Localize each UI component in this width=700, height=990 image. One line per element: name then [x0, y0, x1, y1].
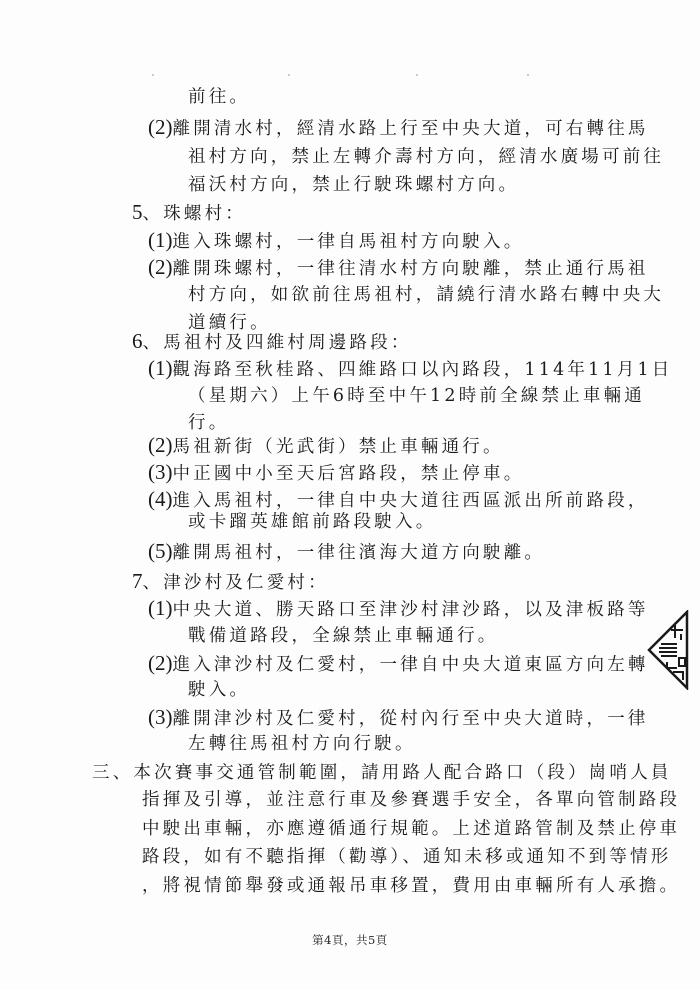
scan-speck [288, 74, 290, 76]
line-text: 離開清水村，經清水路上行至中央大道，可右轉往馬 [173, 119, 649, 139]
line-text: 戰備道路段，全線禁止車輛通行。 [188, 626, 499, 646]
sub-item-marker: (2) [148, 115, 173, 139]
section-number: 三 [92, 763, 113, 783]
document-line: 三、本次賽事交通管制範圍，請用路人配合路口（段）崗哨人員 [92, 762, 672, 784]
line-text: （星期六）上午6時至中午12時前全線禁止車輛通 [188, 386, 645, 406]
sub-item-marker: (1) [148, 228, 173, 252]
sub-item-marker: (2) [148, 255, 173, 279]
item-number: 7 [132, 569, 143, 593]
line-text: 離開津沙村及仁愛村，從村內行至中央大道時，一律 [173, 709, 649, 729]
item-number: 6 [132, 329, 143, 353]
document-line: 祖村方向，禁止左轉介壽村方向，經清水廣場可前往 [188, 146, 664, 168]
line-text: 福沃村方向，禁止行駛珠螺村方向。 [188, 175, 519, 195]
line-text: 前往。 [188, 87, 250, 107]
line-text: 左轉往馬祖村方向行駛。 [188, 734, 416, 754]
line-text: 行。 [188, 413, 229, 433]
document-line: 指揮及引導，並注意行車及參賽選手安全，各單向管制路段 [142, 789, 680, 811]
document-line: ，將視情節舉發或通報吊車移置，費用由車輛所有人承擔。 [142, 875, 680, 897]
line-text: 駛入。 [188, 680, 250, 700]
document-line: 或卡蹓英雄館前路段駛入。 [188, 511, 436, 533]
line-text: 離開珠螺村，一律往清水村方向駛離，禁止通行馬祖 [173, 259, 649, 279]
document-line: (2)離開珠螺村，一律往清水村方向駛離，禁止通行馬祖 [148, 256, 649, 280]
line-text: 中正國中小至天后宮路段，禁止停車。 [173, 464, 525, 484]
sub-item-marker: (5) [148, 539, 173, 563]
document-line: (2)進入津沙村及仁愛村，一律自中央大道東區方向左轉 [148, 652, 649, 676]
document-line: （星期六）上午6時至中午12時前全線禁止車輛通 [188, 385, 645, 407]
document-line: 7、津沙村及仁愛村： [132, 570, 329, 594]
sub-item-marker: (1) [148, 596, 173, 620]
document-line: 戰備道路段，全線禁止車輛通行。 [188, 625, 499, 647]
document-line: (4)進入馬祖村，一律自中央大道往西區派出所前路段， [148, 488, 649, 512]
line-text: 、馬祖村及四維村周邊路段： [143, 333, 412, 353]
line-text: 指揮及引導，並注意行車及參賽選手安全，各單向管制路段 [142, 790, 680, 810]
official-seal-stamp-icon [647, 610, 700, 690]
scan-speck [416, 74, 418, 76]
document-page: 前往。(2)離開清水村，經清水路上行至中央大道，可右轉往馬祖村方向，禁止左轉介壽… [0, 0, 700, 990]
document-line: 村方向，如欲前往馬祖村，請繞行清水路右轉中央大 [188, 284, 664, 306]
document-line: (2)離開清水村，經清水路上行至中央大道，可右轉往馬 [148, 116, 649, 140]
page-number-footer: 第4頁，共5頁 [0, 932, 700, 948]
document-line: (1)觀海路至秋桂路、四維路口以內路段，114年11月1日 [148, 357, 673, 381]
document-line: 中駛出車輛，亦應遵循通行規範。上述道路管制及禁止停車 [142, 818, 680, 840]
document-line: (3)離開津沙村及仁愛村，從村內行至中央大道時，一律 [148, 706, 649, 730]
document-line: 福沃村方向，禁止行駛珠螺村方向。 [188, 174, 519, 196]
scan-speck [527, 74, 529, 76]
document-line: 行。 [188, 412, 229, 434]
line-text: 中駛出車輛，亦應遵循通行規範。上述道路管制及禁止停車 [142, 819, 680, 839]
line-text: 進入馬祖村，一律自中央大道往西區派出所前路段， [173, 491, 649, 511]
line-text: 村方向，如欲前往馬祖村，請繞行清水路右轉中央大 [188, 285, 664, 305]
document-line: 6、馬祖村及四維村周邊路段： [132, 330, 412, 354]
document-line: (3)中正國中小至天后宮路段，禁止停車。 [148, 461, 524, 485]
line-text: 進入津沙村及仁愛村，一律自中央大道東區方向左轉 [173, 655, 649, 675]
item-number: 5 [132, 200, 143, 224]
line-text: 馬祖新街（光武街）禁止車輛通行。 [173, 437, 504, 457]
line-text: 進入珠螺村，一律自馬祖村方向駛入。 [173, 232, 525, 252]
line-text: ，將視情節舉發或通報吊車移置，費用由車輛所有人承擔。 [142, 876, 680, 896]
line-text: 離開馬祖村，一律往濱海大道方向駛離。 [173, 543, 546, 563]
line-text: 、珠螺村： [143, 204, 247, 224]
document-line: 前往。 [188, 86, 250, 108]
scan-speck [152, 74, 154, 76]
line-text: 路段，如有不聽指揮（勸導）、通知未移或通知不到等情形 [142, 847, 671, 867]
sub-item-marker: (2) [148, 433, 173, 457]
line-text: 觀海路至秋桂路、四維路口以內路段，114年11月1日 [173, 360, 673, 380]
document-line: 左轉往馬祖村方向行駛。 [188, 733, 416, 755]
sub-item-marker: (3) [148, 705, 173, 729]
document-line: 5、珠螺村： [132, 201, 246, 225]
line-text: 中央大道、勝天路口至津沙村津沙路，以及津板路等 [173, 600, 649, 620]
sub-item-marker: (4) [148, 487, 173, 511]
document-line: (1)中央大道、勝天路口至津沙村津沙路，以及津板路等 [148, 597, 649, 621]
line-text: 或卡蹓英雄館前路段駛入。 [188, 512, 436, 532]
document-line: (2)馬祖新街（光武街）禁止車輛通行。 [148, 434, 504, 458]
document-line: (5)離開馬祖村，一律往濱海大道方向駛離。 [148, 540, 545, 564]
sub-item-marker: (3) [148, 460, 173, 484]
line-text: 祖村方向，禁止左轉介壽村方向，經清水廣場可前往 [188, 147, 664, 167]
document-line: 路段，如有不聽指揮（勸導）、通知未移或通知不到等情形 [142, 846, 671, 868]
sub-item-marker: (1) [148, 356, 173, 380]
sub-item-marker: (2) [148, 651, 173, 675]
line-text: 、本次賽事交通管制範圍，請用路人配合路口（段）崗哨人員 [113, 763, 672, 783]
document-line: (1)進入珠螺村，一律自馬祖村方向駛入。 [148, 229, 524, 253]
line-text: 、津沙村及仁愛村： [143, 573, 329, 593]
document-line: 駛入。 [188, 679, 250, 701]
